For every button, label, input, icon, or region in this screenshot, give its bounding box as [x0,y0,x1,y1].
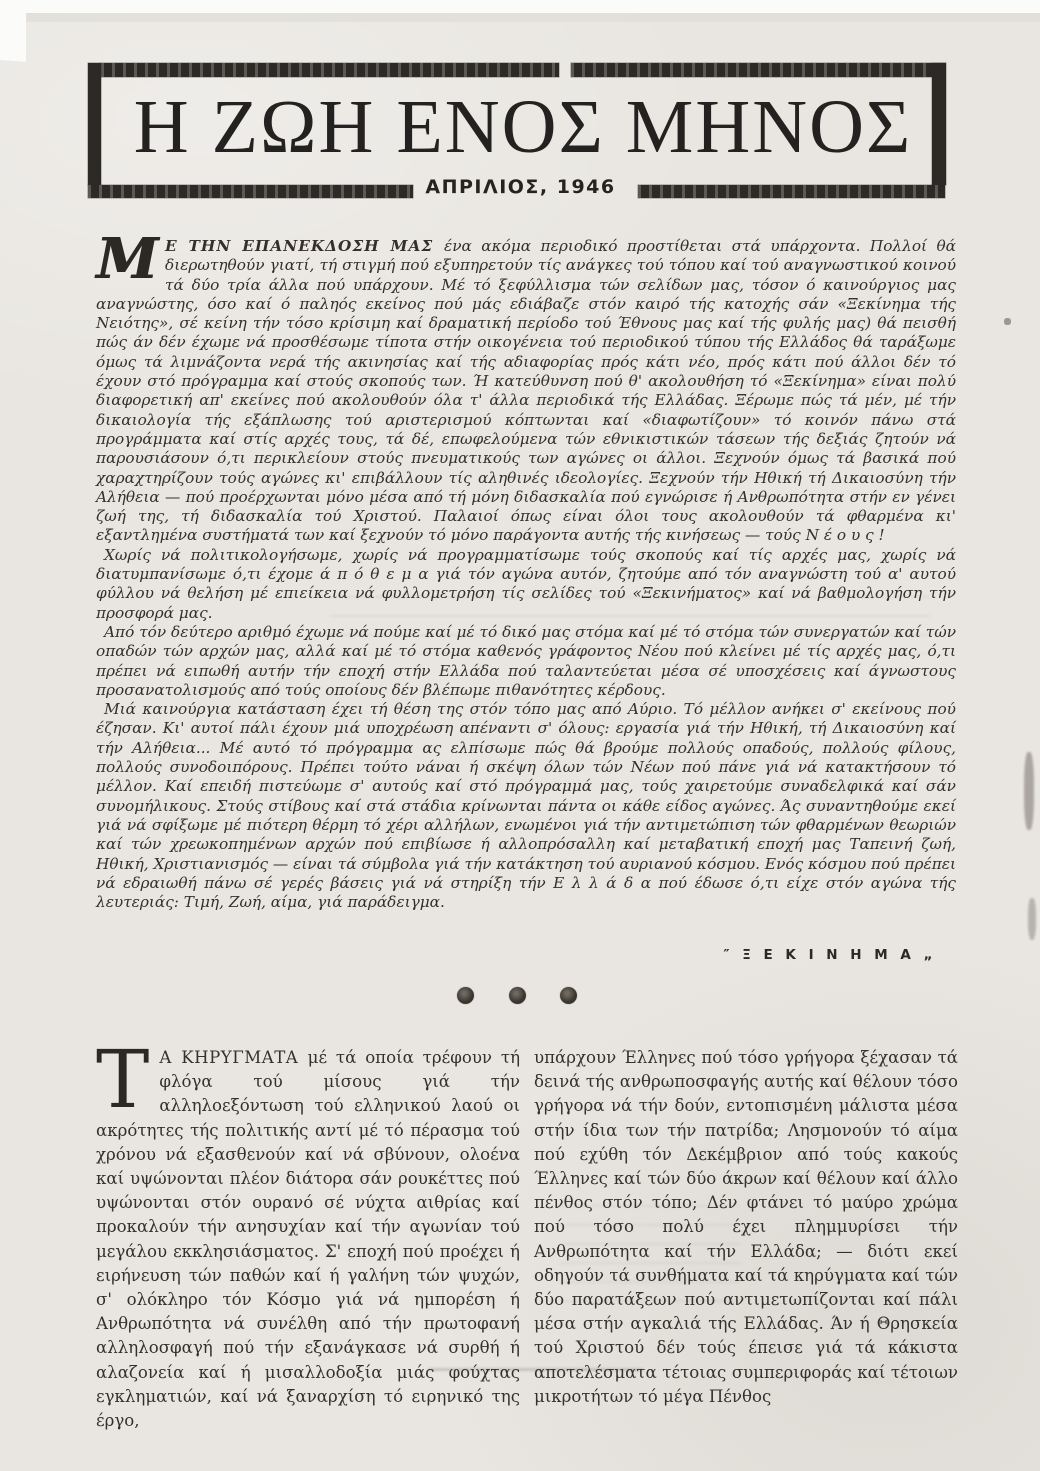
editorial-paragraph: ΜΕ ΤΗΝ ΕΠΑΝΕΚΔΟΣΗ ΜΑΣ ένα ακόμα περιοδικ… [96,237,956,546]
scan-artifact [1028,898,1036,940]
editorial-paragraph-text: ένα ακόμα περιοδικό προστίθεται στά υπάρ… [96,237,956,544]
dropcap-letter: Τ [96,1049,149,1111]
column-paragraph-text: μέ τά οποία τρέφουν τή φλόγα τού μίσους … [96,1048,520,1430]
column-paragraph: ΤΑ ΚΗΡΥΓΜΑΤΑ μέ τά οποία τρέφουν τή φλόγ… [96,1046,520,1433]
scan-artifact [1004,318,1011,325]
dropcap-letter: Μ [96,238,158,280]
scanned-magazine-page: Η ΖΩΗ ΕΝΟΣ ΜΗΝΟΣ ΑΠΡΙΛΙΟΣ, 1946 ΜΕ ΤΗΝ Ε… [0,0,1040,1471]
editorial-signature: ″ Ξ Ε Κ Ι Ν Η Μ Α „ [700,947,960,963]
frame-bar-top-right [571,63,945,77]
right-column: υπάρχουν Έλληνες πού τόσο γρήγορα ξέχασα… [534,1046,958,1433]
ornament-dot [560,987,577,1004]
ornament-dot [457,987,474,1004]
frame-bar-bottom-left [88,185,413,198]
ornament-dot [509,987,526,1004]
editorial-paragraph: Χωρίς νά πολιτικολογήσωμε, χωρίς νά προγ… [96,546,956,623]
frame-bar-bottom-right [638,185,945,198]
left-column: ΤΑ ΚΗΡΥΓΜΑΤΑ μέ τά οποία τρέφουν τή φλόγ… [96,1046,520,1433]
article-columns: ΤΑ ΚΗΡΥΓΜΑΤΑ μέ τά οποία τρέφουν τή φλόγ… [96,1046,958,1433]
issue-date: ΑΠΡΙΛΙΟΣ, 1946 [408,176,633,198]
scan-top-edge [0,0,1040,13]
editorial-text: ΜΕ ΤΗΝ ΕΠΑΝΕΚΔΟΣΗ ΜΑΣ ένα ακόμα περιοδικ… [96,237,956,912]
scan-artifact [1024,752,1034,830]
frame-bar-top-left [101,63,559,77]
page-title: Η ΖΩΗ ΕΝΟΣ ΜΗΝΟΣ [110,88,936,168]
scan-corner-edge [0,0,26,62]
column-lead: Α ΚΗΡΥΓΜΑΤΑ [159,1048,307,1067]
editorial-paragraph: Από τόν δεύτερο αριθμό έχωμε νά πούμε κα… [96,623,956,700]
frame-bar-left [88,63,101,185]
editorial-lead: Ε ΤΗΝ ΕΠΑΝΕΚΔΟΣΗ ΜΑΣ [165,237,444,255]
scan-top-torn-edge [0,13,1040,22]
section-divider-ornament [457,987,577,1004]
editorial-paragraph: Μιά καινούργια κατάσταση έχει τή θέση τη… [96,700,956,912]
column-paragraph: υπάρχουν Έλληνες πού τόσο γρήγορα ξέχασα… [534,1046,958,1409]
